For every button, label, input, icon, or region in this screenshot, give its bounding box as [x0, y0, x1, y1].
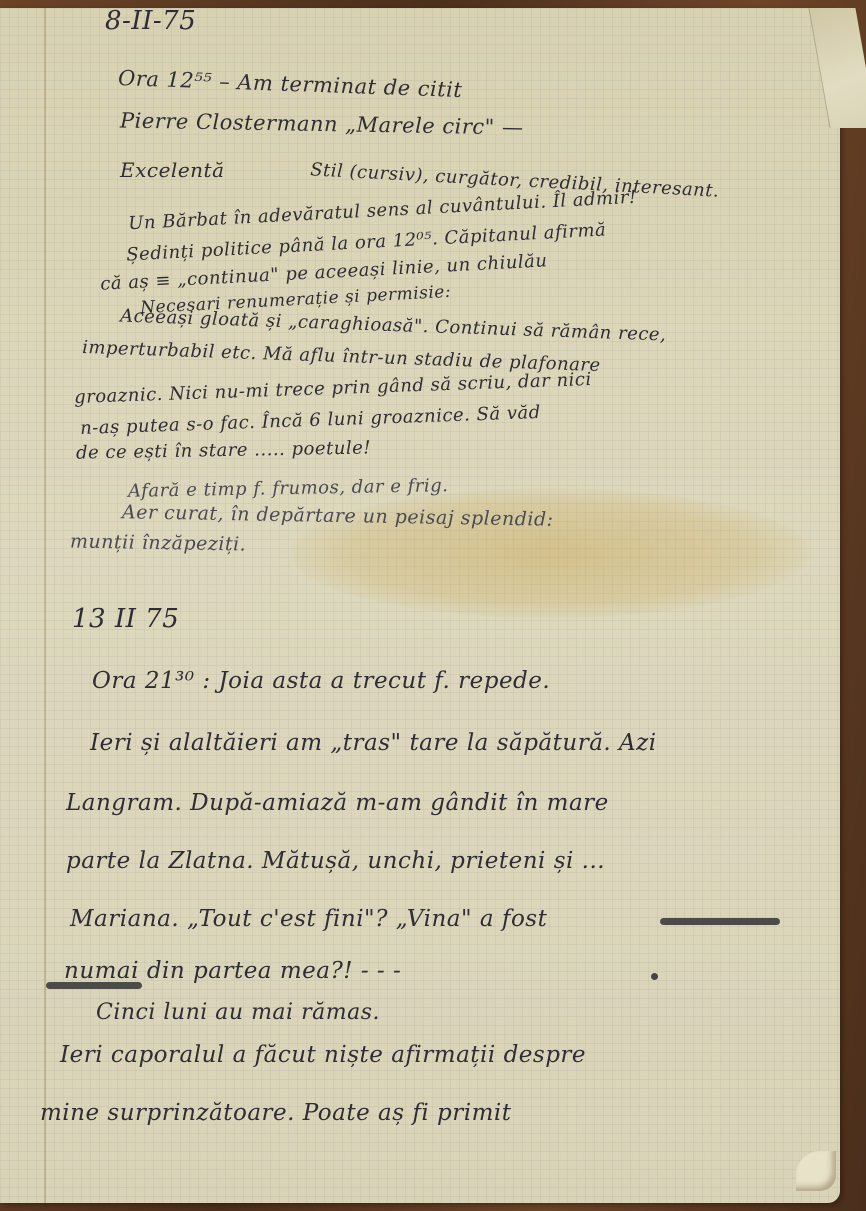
ink-dot	[651, 973, 658, 980]
crossed-out-word	[46, 982, 142, 989]
entry-date: 13 II 75	[72, 604, 179, 634]
diary-line: Ora 21³⁰ : Joia asta a trecut f. repede.	[92, 668, 550, 694]
diary-line: parte la Zlatna. Mătușă, unchi, prieteni…	[66, 848, 605, 874]
diary-line: Cinci luni au mai rămas.	[96, 1000, 380, 1025]
diary-line: munții înzăpeziți.	[70, 530, 247, 555]
diary-line: Langram. După-amiază m-am gândit în mare	[66, 790, 609, 816]
crossed-out-word	[660, 918, 780, 925]
diary-line: Excelentă	[120, 158, 225, 182]
entry-date: 8-II-75	[105, 6, 196, 36]
diary-line: mine surprinzătoare. Poate aș fi primit	[40, 1100, 512, 1126]
diary-line: Ieri caporalul a făcut niște afirmații d…	[60, 1042, 586, 1068]
diary-line: numai din partea mea?! - - -	[64, 958, 401, 984]
diary-line: Mariana. „Tout c'est fini"? „Vina" a fos…	[70, 906, 547, 932]
diary-line: Ieri și alaltăieri am „tras" tare la săp…	[90, 730, 657, 756]
